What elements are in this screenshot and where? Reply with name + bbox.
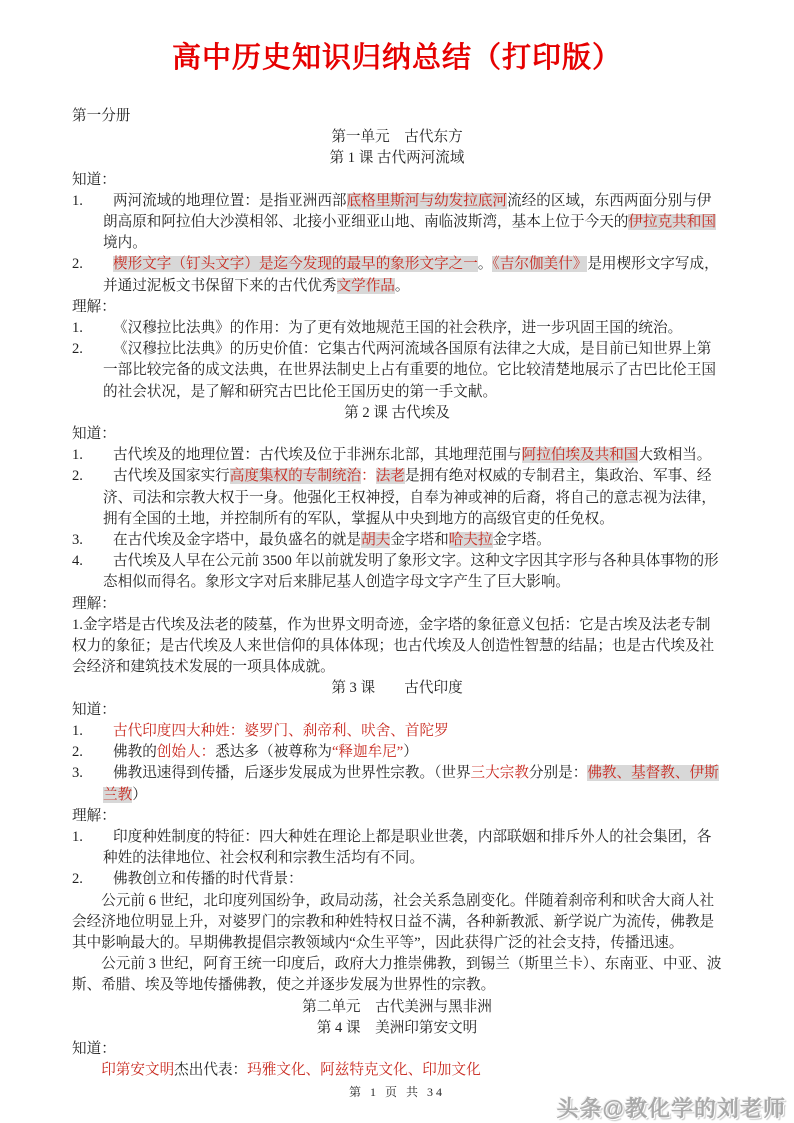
text-run: 两河流域的地理位置：是指亚洲西部 <box>113 193 347 209</box>
text-run: 理解： <box>72 596 116 612</box>
list-item: 1.古代印度四大种姓：婆罗门、刹帝利、吠舍、首陀罗 <box>72 721 722 742</box>
text-run: 境内。 <box>103 235 147 251</box>
text-run: 1.金字塔是古代埃及法老的陵墓，作为世界文明奇迹，金字塔的象征意义包括：它是古埃… <box>72 617 714 675</box>
paragraph: 知道： <box>72 170 722 191</box>
red-text: ： <box>361 468 376 484</box>
list-number: 1. <box>72 445 113 466</box>
red-text: 印第安文明 <box>101 1062 174 1078</box>
text-run: 。 <box>478 256 493 272</box>
text-run: 佛教迅速得到传播，后逐步发展成为世界性宗教。（世界 <box>113 765 471 781</box>
paragraph: 理解： <box>72 594 722 615</box>
text-run: 分别是： <box>529 765 587 781</box>
list-number: 2. <box>72 869 113 890</box>
section-heading: 第二单元 古代美洲与黑非洲 <box>72 997 722 1018</box>
text-run: 印度种姓制度的特征：四大种姓在理论上都是职业世袭，内部联姻和排斥外人的社会集团，… <box>103 829 711 866</box>
text-run: 公元前 3 世纪，阿育王统一印度后，政府大力推崇佛教，到锡兰（斯里兰卡）、东南亚… <box>72 956 721 993</box>
text-run: 古代埃及人早在公元前 3500 年以前就发明了象形文字。这种文字因其字形与各种具… <box>103 553 719 590</box>
list-item: 3.在古代埃及金字塔中，最负盛名的就是胡夫金字塔和哈夫拉金字塔。 <box>72 530 722 551</box>
highlighted-red-text: 法老 <box>376 468 405 484</box>
paragraph: 公元前 3 世纪，阿育王统一印度后，政府大力推崇佛教，到锡兰（斯里兰卡）、东南亚… <box>72 954 722 996</box>
text-run: 第二单元 古代美洲与黑非洲 <box>302 999 492 1015</box>
list-item: 1.印度种姓制度的特征：四大种姓在理论上都是职业世袭，内部联姻和排斥外人的社会集… <box>72 827 722 869</box>
title-spacer <box>72 76 722 106</box>
page-title: 高中历史知识归纳总结（打印版） <box>72 40 722 76</box>
document-page: 高中历史知识归纳总结（打印版） 第一分册第一单元 古代东方第 1 课 古代两河流… <box>0 0 794 1123</box>
watermark-text: 头条@教化学的刘老师 <box>557 1098 786 1119</box>
list-item: 2.佛教的创始人：悉达多（被尊称为“释迦牟尼”） <box>72 742 722 763</box>
paragraph: 理解： <box>72 806 722 827</box>
highlighted-red-text: 楔形文字（钉头文字）是迄今发现的最早的象形文字之一 <box>113 256 478 272</box>
text-run: 。 <box>395 278 410 294</box>
text-run: 杰出代表： <box>174 1062 247 1078</box>
document-content: 高中历史知识归纳总结（打印版） 第一分册第一单元 古代东方第 1 课 古代两河流… <box>0 0 794 1081</box>
highlighted-red-text: 《吉尔伽美什》 <box>492 256 587 272</box>
text-run: 佛教的 <box>113 744 157 760</box>
paragraph: 知道： <box>72 424 722 445</box>
text-run: 《汉穆拉比法典》的历史价值：它集古代两河流域各国原有法律之大成，是目前已知世界上… <box>103 341 716 399</box>
highlighted-red-text: 胡夫 <box>361 532 390 548</box>
list-number: 4. <box>72 551 113 572</box>
text-run: 佛教创立和传播的时代背景： <box>113 871 303 887</box>
text-run: 理解： <box>72 808 116 824</box>
list-number: 1. <box>72 721 113 742</box>
list-number: 3. <box>72 763 113 784</box>
text-run: 第一单元 古代东方 <box>331 129 462 145</box>
list-item: 2.佛教创立和传播的时代背景： <box>72 869 722 890</box>
list-number: 1. <box>72 827 113 848</box>
paragraph: 知道： <box>72 1039 722 1060</box>
text-run: 第 4 课 美洲印第安文明 <box>317 1020 478 1036</box>
text-run: 公元前 6 世纪，北印度列国纷争，政局动荡，社会关系急剧变化。伴随着刹帝利和吠舍… <box>72 893 714 951</box>
list-item: 1.古代埃及的地理位置：古代埃及位于非洲东北部，其地理范围与阿拉伯埃及共和国大致… <box>72 445 722 466</box>
list-number: 2. <box>72 742 113 763</box>
text-run: 悉达多（被尊称为 <box>215 744 332 760</box>
paragraph: 理解： <box>72 297 722 318</box>
red-text: 古代印度四大种姓：婆罗门、刹帝利、吠舍、首陀罗 <box>113 723 449 739</box>
section-heading: 第 2 课 古代埃及 <box>72 403 722 424</box>
text-run: 大致相当。 <box>638 447 711 463</box>
text-run: 第 3 课 古代印度 <box>331 680 462 696</box>
list-number: 1. <box>72 191 113 212</box>
list-item: 1.两河流域的地理位置：是指亚洲西部底格里斯河与幼发拉底河流经的区域，东西两面分… <box>72 191 722 255</box>
text-run: 古代埃及的地理位置：古代埃及位于非洲东北部，其地理范围与 <box>113 447 522 463</box>
highlighted-red-text: 哈夫拉 <box>449 532 493 548</box>
text-run: 知道： <box>72 172 116 188</box>
red-text: 创始人： <box>157 744 215 760</box>
list-item: 1.《汉穆拉比法典》的作用：为了更有效地规范王国的社会秩序，进一步巩固王国的统治… <box>72 318 722 339</box>
paragraph: 第一分册 <box>72 106 722 127</box>
paragraph: 1.金字塔是古代埃及法老的陵墓，作为世界文明奇迹，金字塔的象征意义包括：它是古埃… <box>72 615 722 679</box>
paragraph: 知道： <box>72 700 722 721</box>
list-item: 3.佛教迅速得到传播，后逐步发展成为世界性宗教。（世界三大宗教分别是：佛教、基督… <box>72 763 722 805</box>
text-run: 理解： <box>72 299 116 315</box>
paragraph: 印第安文明杰出代表：玛雅文化、阿兹特克文化、印加文化 <box>72 1060 722 1081</box>
highlighted-red-text: 伊拉克共和国 <box>628 214 716 230</box>
text-run: 第 1 课 古代两河流域 <box>330 150 465 166</box>
section-heading: 第一单元 古代东方 <box>72 127 722 148</box>
text-run: 《汉穆拉比法典》的作用：为了更有效地规范王国的社会秩序，进一步巩固王国的统治。 <box>113 320 682 336</box>
text-run: 在古代埃及金字塔中，最负盛名的就是 <box>113 532 361 548</box>
red-text: “释迦牟尼” <box>332 744 403 760</box>
text-run: 古代埃及国家实行 <box>113 468 230 484</box>
highlighted-red-text: 阿拉伯埃及共和国 <box>522 447 639 463</box>
list-number: 2. <box>72 254 113 275</box>
document-body: 第一分册第一单元 古代东方第 1 课 古代两河流域知道：1.两河流域的地理位置：… <box>72 106 722 1081</box>
highlighted-red-text: 高度集权的专制统治 <box>230 468 361 484</box>
list-item: 2.《汉穆拉比法典》的历史价值：它集古代两河流域各国原有法律之大成，是目前已知世… <box>72 339 722 403</box>
section-heading: 第 1 课 古代两河流域 <box>72 148 722 169</box>
text-run: 金字塔。 <box>493 532 551 548</box>
text-run: 第 2 课 古代埃及 <box>344 405 450 421</box>
text-run: ） <box>403 744 418 760</box>
paragraph: 公元前 6 世纪，北印度列国纷争，政局动荡，社会关系急剧变化。伴随着刹帝利和吠舍… <box>72 891 722 955</box>
list-number: 3. <box>72 530 113 551</box>
section-heading: 第 4 课 美洲印第安文明 <box>72 1018 722 1039</box>
list-item: 2.古代埃及国家实行高度集权的专制统治：法老是拥有绝对权威的专制君主，集政治、军… <box>72 466 722 530</box>
list-item: 4.古代埃及人早在公元前 3500 年以前就发明了象形文字。这种文字因其字形与各… <box>72 551 722 593</box>
list-number: 2. <box>72 466 113 487</box>
text-run: ） <box>132 787 147 803</box>
text-run: 知道： <box>72 426 116 442</box>
text-run: 第一分册 <box>72 108 130 124</box>
text-run: 知道： <box>72 1041 116 1057</box>
red-text: 玛雅文化、阿兹特克文化、印加文化 <box>247 1062 481 1078</box>
red-text: 三大宗教 <box>471 765 529 781</box>
text-run: 金字塔和 <box>390 532 448 548</box>
list-number: 2. <box>72 339 113 360</box>
highlighted-red-text: 文学作品 <box>337 278 395 294</box>
text-run: 知道： <box>72 702 116 718</box>
list-number: 1. <box>72 318 113 339</box>
list-item: 2.楔形文字（钉头文字）是迄今发现的最早的象形文字之一。《吉尔伽美什》是用楔形文… <box>72 254 722 296</box>
highlighted-red-text: 底格里斯河与幼发拉底河 <box>347 193 508 209</box>
section-heading: 第 3 课 古代印度 <box>72 678 722 699</box>
